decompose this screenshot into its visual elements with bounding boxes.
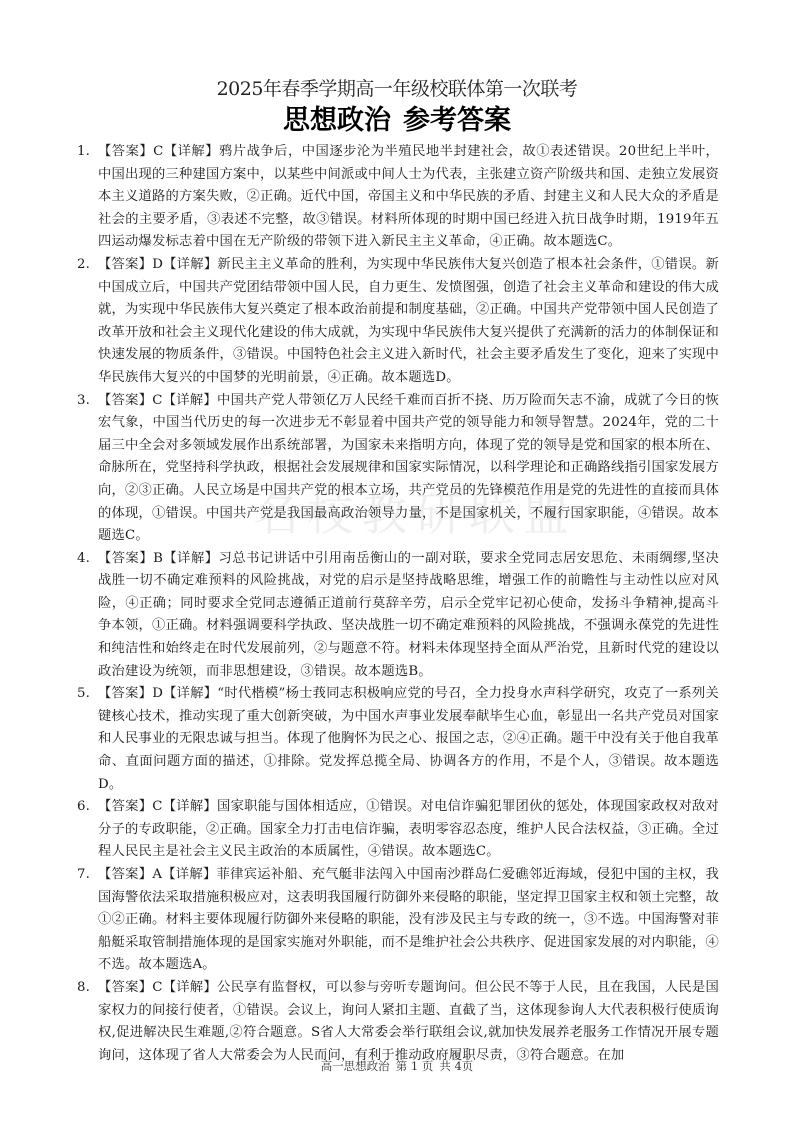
answer-choice: B bbox=[153, 551, 163, 566]
answer-item-8: 8.【答案】C【详解】公民享有监督权，可以参与旁听专题询问。但公民不等于人民，且… bbox=[77, 977, 719, 1067]
answer-item-4: 4.【答案】B【详解】习总书记讲话中引用南岳衡山的一副对联，要求全党同志居安思危… bbox=[77, 548, 719, 684]
answer-item-5: 5.【答案】D【详解】“时代楷模”杨士莪同志积极响应党的号召，全力投身水声科学研… bbox=[77, 683, 719, 796]
detail-label: 【详解】 bbox=[163, 980, 217, 995]
explanation-text: 鸦片战争后，中国逐步沦为半殖民地半封建社会，故①表述错误。20世纪上半叶，中国出… bbox=[98, 144, 719, 249]
answer-label: 【答案】 bbox=[98, 867, 152, 882]
answer-choice: A bbox=[152, 867, 162, 882]
answer-label: 【答案】 bbox=[98, 257, 152, 272]
question-number: 8. bbox=[77, 977, 98, 1000]
question-number: 1. bbox=[77, 141, 98, 164]
explanation-text: “时代楷模”杨士莪同志积极响应党的号召，全力投身水声科学研究，攻克了一系列关键核… bbox=[98, 686, 719, 791]
detail-label: 【详解】 bbox=[163, 551, 218, 566]
explanation-text: 习总书记讲话中引用南岳衡山的一副对联，要求全党同志居安思危、未雨绸缪,坚决战胜一… bbox=[98, 551, 719, 679]
answer-choice: D bbox=[152, 686, 163, 701]
detail-label: 【详解】 bbox=[162, 867, 216, 882]
explanation-text: 新民主主义革命的胜利，为实现中华民族伟大复兴创造了根本社会条件，①错误。新中国成… bbox=[98, 257, 719, 385]
footer-page-total: 共 4页 bbox=[439, 1059, 473, 1073]
answer-choice: C bbox=[152, 799, 162, 814]
answer-label: 【答案】 bbox=[98, 799, 152, 814]
answer-item-1: 1.【答案】C【详解】鸦片战争后，中国逐步沦为半殖民地半封建社会，故①表述错误。… bbox=[77, 141, 719, 254]
answer-choice: C bbox=[152, 980, 162, 995]
page-footer: 高一思想政治第 1 页共 4页 bbox=[0, 1058, 794, 1074]
question-number: 2. bbox=[77, 254, 98, 277]
question-number: 7. bbox=[77, 864, 98, 887]
answer-item-6: 6.【答案】C【详解】国家职能与国体相适应，①错误。对电信诈骗犯罪团伙的惩处，体… bbox=[77, 796, 719, 864]
detail-label: 【详解】 bbox=[163, 686, 217, 701]
answer-choice: C bbox=[153, 144, 163, 159]
answer-label: 【答案】 bbox=[98, 686, 152, 701]
answer-list: 1.【答案】C【详解】鸦片战争后，中国逐步沦为半殖民地半封建社会，故①表述错误。… bbox=[77, 141, 719, 1067]
answer-label: 【答案】 bbox=[98, 393, 152, 408]
document-page: 2025年春季学期高一年级校联体第一次联考 思想政治参考答案 名校教研联盟 1.… bbox=[0, 0, 794, 1123]
explanation-text: 菲律宾运补船、充气艇非法闯入中国南沙群岛仁爱礁邻近海域，侵犯中国的主权，我国海警… bbox=[98, 867, 719, 972]
exam-title: 2025年春季学期高一年级校联体第一次联考 bbox=[0, 77, 794, 101]
question-number: 3. bbox=[77, 390, 98, 413]
question-number: 6. bbox=[77, 796, 98, 819]
answer-item-3: 3.【答案】C【详解】中国共产党人带领亿万人民经千难而百折不挠、历万险而矢志不渝… bbox=[77, 390, 719, 548]
question-number: 4. bbox=[77, 548, 98, 571]
subject-title: 思想政治 bbox=[283, 105, 391, 136]
detail-label: 【详解】 bbox=[163, 799, 217, 814]
document-title: 思想政治参考答案 bbox=[0, 104, 794, 138]
explanation-text: 中国共产党人带领亿万人民经千难而百折不挠、历万险而矢志不渝，成就了今日的恢宏气象… bbox=[98, 393, 719, 544]
answer-item-7: 7.【答案】A【详解】菲律宾运补船、充气艇非法闯入中国南沙群岛仁爱礁邻近海域，侵… bbox=[77, 864, 719, 977]
question-number: 5. bbox=[77, 683, 98, 706]
detail-label: 【详解】 bbox=[163, 393, 217, 408]
doc-type-title: 参考答案 bbox=[403, 105, 511, 136]
footer-subject: 高一思想政治 bbox=[321, 1059, 390, 1073]
answer-label: 【答案】 bbox=[98, 551, 153, 566]
answer-label: 【答案】 bbox=[98, 144, 153, 159]
answer-label: 【答案】 bbox=[98, 980, 152, 995]
answer-item-2: 2.【答案】D【详解】新民主主义革命的胜利，为实现中华民族伟大复兴创造了根本社会… bbox=[77, 254, 719, 390]
footer-page-number: 第 1 页 bbox=[396, 1059, 434, 1073]
answer-choice: D bbox=[152, 257, 163, 272]
answer-choice: C bbox=[152, 393, 162, 408]
detail-label: 【详解】 bbox=[164, 144, 219, 159]
detail-label: 【详解】 bbox=[163, 257, 217, 272]
